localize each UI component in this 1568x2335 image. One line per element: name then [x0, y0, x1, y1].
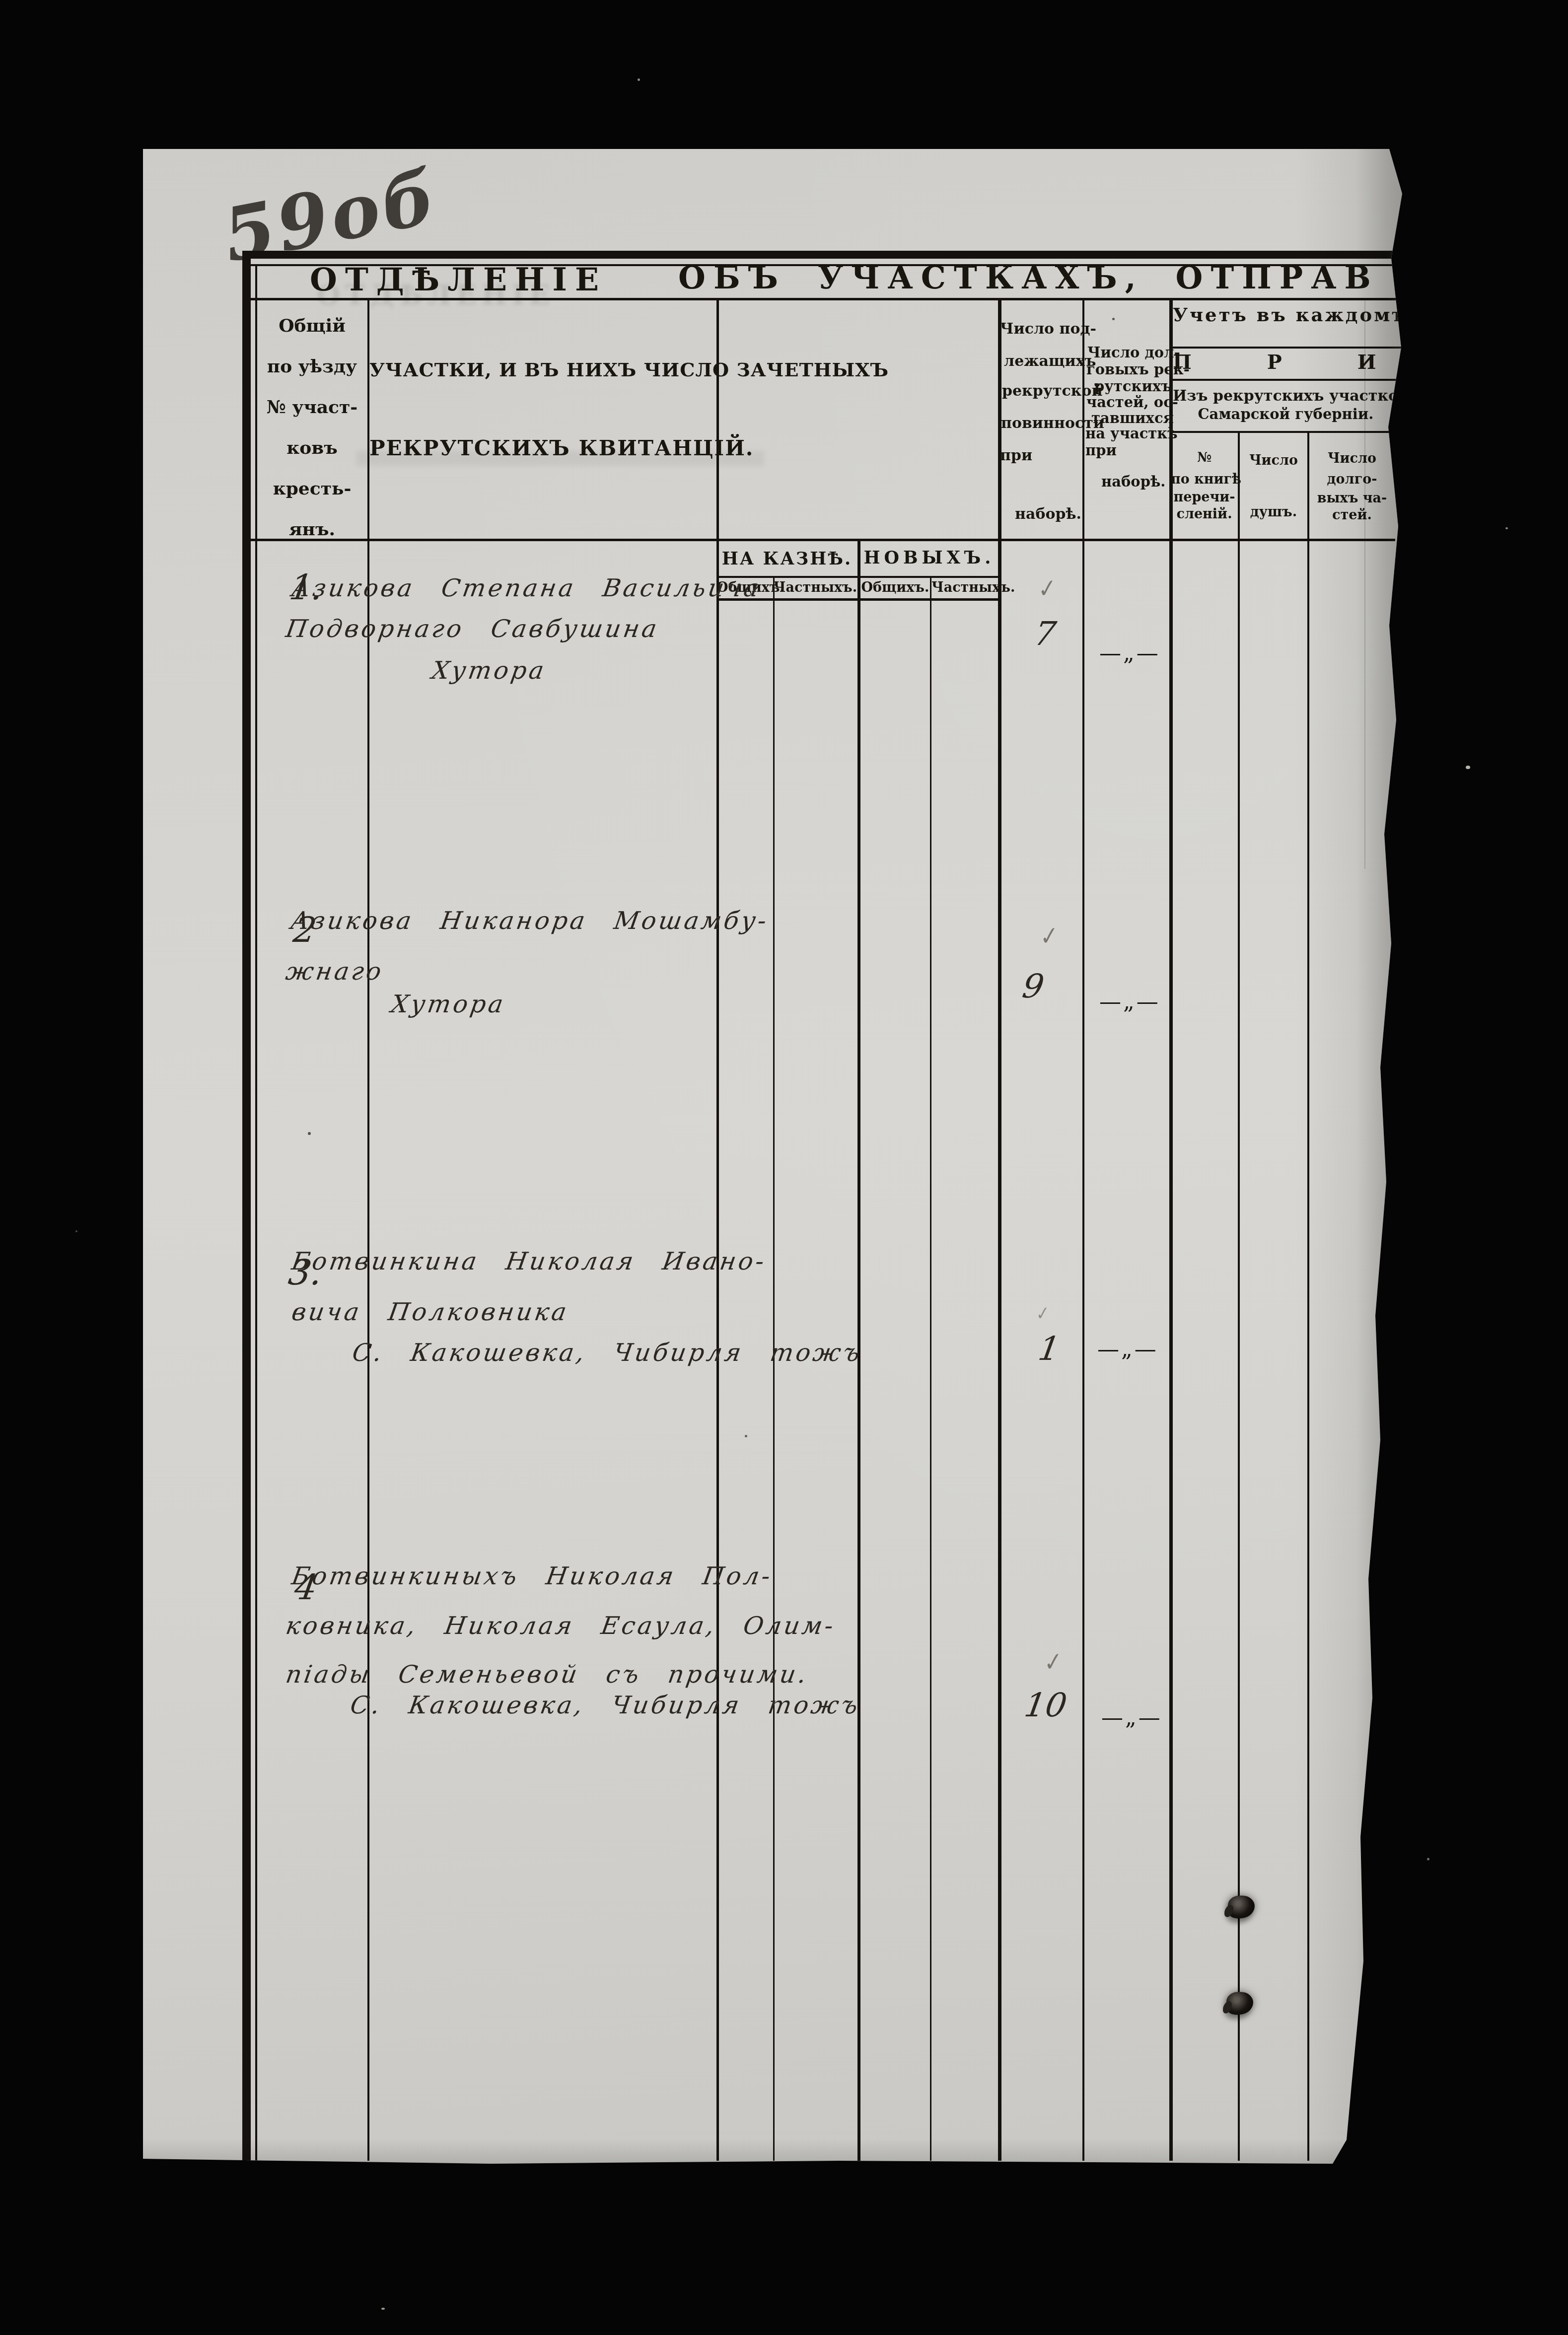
scan-dust [1427, 1858, 1429, 1860]
row-entry-line: піады Семеньевой съ прочими. [284, 1660, 810, 1689]
row-podlezh-value: 9 [1020, 967, 1047, 1005]
rule-col-uchet [1169, 298, 1173, 2161]
scan-background: 59об ОТДѢЛЕНІЕ ОТДѢЛЕНІЕ ОБЪ УЧАСТКАХЪ, … [0, 0, 1568, 2335]
header-sub-chastnykh-1: Частныхъ. [773, 580, 857, 595]
row-entry-line: С. Какошевка, Чибирля тожъ [350, 1339, 864, 1367]
row-entry-line: Азикова Никанора Мошамбу- [288, 907, 771, 935]
table-border-left-thin [255, 264, 257, 2161]
row-podlezh-value: 10 [1022, 1686, 1069, 1724]
rule-sub-kazna [773, 576, 775, 2161]
document-page: 59об ОТДѢЛЕНІЕ ОТДѢЛЕНІЕ ОБЪ УЧАСТКАХЪ, … [143, 149, 1407, 2172]
row-entry-line: вича Полковника [289, 1298, 570, 1326]
header-sub-chastnykh-2: Частныхъ. [931, 580, 998, 595]
row-dolg-ditto: —„— [1097, 1337, 1158, 1362]
header-col-number: Общій по уѣзду № участ- ковъ кресть- янъ… [257, 317, 367, 538]
rule-sub-novyh [930, 576, 931, 2161]
scan-dust [381, 2308, 385, 2310]
header-col-main-line2: РЕКРУТСКИХЪ КВИТАНЦІЙ. [369, 436, 717, 460]
paper-fold-line [1364, 298, 1365, 869]
rule-uchet-1 [1169, 347, 1403, 349]
header-col-main-line1: УЧАСТКИ, И ВЪ НИХЪ ЧИСЛО ЗАЧЕТНЫХЪ [369, 358, 717, 381]
binding-pin [1228, 1896, 1255, 1918]
pencil-checkmark: ✓ [1039, 920, 1060, 952]
pencil-checkmark: ✓ [1037, 572, 1058, 604]
pencil-checkmark: ✓ [1043, 1646, 1064, 1678]
row-entry-line: ковника, Николая Есаула, Олим- [284, 1612, 838, 1640]
paper-blemish [308, 1132, 311, 1135]
table-border-top-thick [242, 251, 1402, 259]
row-entry-line: Хутора [389, 990, 507, 1018]
row-entry-line: Подворнаго Савбушина [284, 615, 661, 643]
section-title-left: ОТДѢЛЕНІЕ [310, 261, 607, 298]
section-title-right: ОБЪ УЧАСТКАХЪ, ОТПРАВ [678, 259, 1379, 296]
rule-col-dolg [1082, 298, 1084, 2161]
row-dolg-ditto: —„— [1101, 1705, 1162, 1730]
scan-dust [1505, 527, 1508, 529]
header-uchet-title: Учетъ въ каждомъ [1173, 304, 1396, 326]
rule-uchet-3 [1169, 431, 1403, 433]
header-uchet-pri: П Р И [1173, 351, 1396, 374]
header-group-novyh: НОВЫХЪ. [860, 548, 998, 568]
rule-sub-dush [1307, 431, 1309, 2161]
table-border-left-thick [242, 251, 251, 2162]
scan-dust [1466, 766, 1470, 769]
rule-header-bottom [248, 539, 1395, 541]
rule-below-title [248, 298, 1402, 300]
row-podlezh-value: 7 [1032, 615, 1059, 653]
binding-pin [1226, 1992, 1253, 2015]
rule-col-podlezh [998, 298, 1001, 2161]
page-bottom-shadow [143, 2139, 1407, 2174]
row-dolg-ditto: —„— [1099, 640, 1160, 666]
rule-uchet-2 [1169, 379, 1403, 381]
pencil-checkmark: ✓ [1035, 1302, 1050, 1325]
row-entry-line: Азикова Степана Васильича [289, 574, 763, 602]
row-dolg-ditto: —„— [1099, 989, 1160, 1014]
paper-blemish [745, 1435, 747, 1437]
scan-dust [75, 1230, 77, 1232]
row-entry-line: жнаго [284, 957, 385, 986]
row-entry-line: Ботвинкиныхъ Николая Пол- [289, 1562, 775, 1590]
row-entry-line: Хутора [429, 656, 548, 685]
row-entry-line: С. Какошевка, Чибирля тожъ [348, 1691, 862, 1719]
row-podlezh-value: 1 [1036, 1330, 1063, 1368]
header-sub-obshchikh-2: Общихъ. [860, 580, 930, 595]
scan-dust [638, 78, 640, 81]
header-group-kazna: НА КАЗНѢ. [716, 549, 857, 569]
paper-blemish [1112, 318, 1115, 320]
row-entry-line: Ботвинкина Николая Ивано- [289, 1247, 769, 1275]
